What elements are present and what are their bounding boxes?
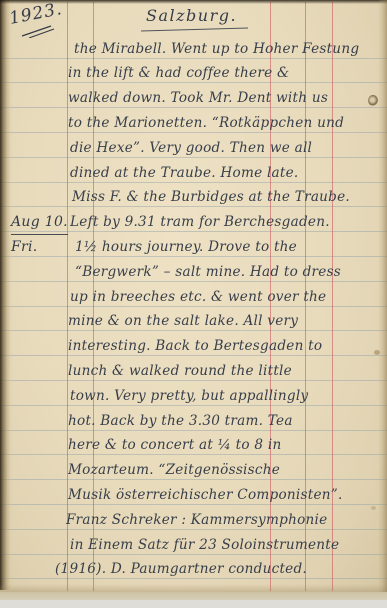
line-text: here & to concert at ¼ to 8 in: [68, 433, 281, 457]
line-text: Musik österreichischer Componisten”.: [68, 483, 343, 507]
diary-line: town. Very pretty, but appallingly: [0, 384, 387, 408]
diary-line: dined at the Traube. Home late.: [0, 161, 387, 185]
line-text: mine & on the salt lake. All very: [68, 309, 298, 333]
line-text: Mozarteum. “Zeitgenössische: [68, 458, 280, 482]
diary-page-scan: 1923. Salzburg. the Mirabell. Went up to…: [0, 0, 387, 608]
diary-line: interesting. Back to Bertesgaden to: [0, 334, 387, 358]
diary-line: “Bergwerk” – salt mine. Had to dress: [0, 260, 387, 284]
line-text: 1½ hours journey. Drove to the: [75, 235, 297, 259]
diary-line: Franz Schreker : Kammersymphonie: [0, 508, 387, 532]
diary-line: walked down. Took Mr. Dent with us: [0, 86, 387, 110]
line-text: Left by 9.31 tram for Berchesgaden.: [70, 210, 330, 234]
diary-line: in Einem Satz für 23 Soloinstrumente: [0, 533, 387, 557]
diary-line: up in breeches etc. & went over the: [0, 285, 387, 309]
line-text: in the lift & had coffee there &: [68, 61, 289, 85]
diary-line: die Hexe”. Very good. Then we all: [0, 136, 387, 160]
line-text: Franz Schreker : Kammersymphonie: [66, 508, 327, 532]
line-text: interesting. Back to Bertesgaden to: [68, 334, 322, 358]
line-text: “Bergwerk” – salt mine. Had to dress: [75, 260, 341, 284]
line-text: Miss F. & the Burbidges at the Traube.: [72, 185, 350, 209]
diary-line: hot. Back by the 3.30 tram. Tea: [0, 409, 387, 433]
line-text: die Hexe”. Very good. Then we all: [70, 136, 312, 160]
margin-date: Aug 10.: [11, 210, 68, 235]
line-text: the Mirabell. Went up to Hoher Festung: [74, 37, 359, 61]
line-text: walked down. Took Mr. Dent with us: [68, 86, 328, 110]
margin-date: Fri.: [11, 235, 38, 259]
diary-line: Miss F. & the Burbidges at the Traube.: [0, 185, 387, 209]
line-text: up in breeches etc. & went over the: [70, 285, 326, 309]
line-text: (1916). D. Paumgartner conducted.: [55, 557, 307, 581]
page-title: Salzburg.: [146, 6, 237, 25]
diary-line: Fri.1½ hours journey. Drove to the: [0, 235, 387, 259]
diary-line: (1916). D. Paumgartner conducted.: [0, 557, 387, 581]
diary-line: here & to concert at ¼ to 8 in: [0, 433, 387, 457]
line-text: to the Marionetten. “Rotkäppchen und: [68, 111, 344, 135]
diary-line: Aug 10.Left by 9.31 tram for Berchesgade…: [0, 210, 387, 234]
diary-line: to the Marionetten. “Rotkäppchen und: [0, 111, 387, 135]
line-text: town. Very pretty, but appallingly: [70, 384, 308, 408]
year-flourish-stroke: [20, 23, 56, 38]
diary-line: Mozarteum. “Zeitgenössische: [0, 458, 387, 482]
line-text: hot. Back by the 3.30 tram. Tea: [68, 409, 293, 433]
line-text: lunch & walked round the little: [68, 359, 292, 383]
line-text: dined at the Traube. Home late.: [70, 161, 298, 185]
diary-text: the Mirabell. Went up to Hoher Festungin…: [0, 0, 387, 608]
diary-line: Musik österreichischer Componisten”.: [0, 483, 387, 507]
diary-line: mine & on the salt lake. All very: [0, 309, 387, 333]
diary-line: the Mirabell. Went up to Hoher Festung: [0, 37, 387, 61]
line-text: in Einem Satz für 23 Soloinstrumente: [70, 533, 339, 557]
diary-line: lunch & walked round the little: [0, 359, 387, 383]
diary-line: in the lift & had coffee there &: [0, 61, 387, 85]
